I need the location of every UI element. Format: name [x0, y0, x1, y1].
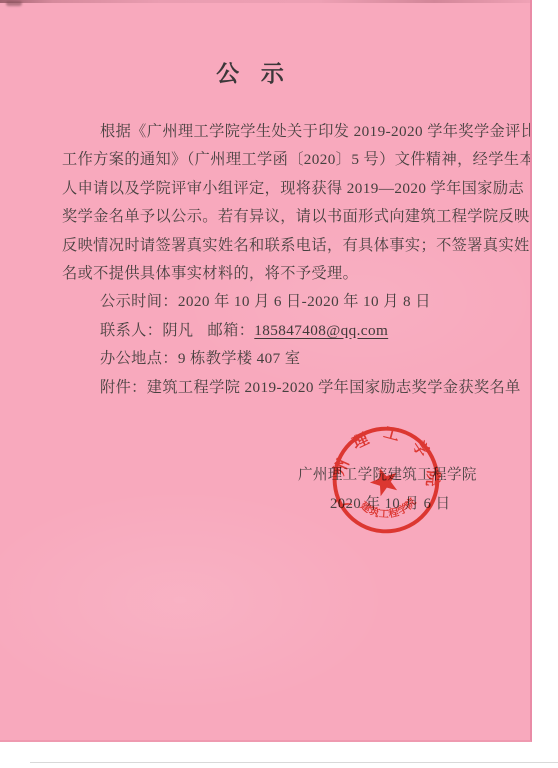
notice-body-line: 名或不提供具体事实材料的，将不予受理。: [62, 260, 502, 288]
contact-line: 联系人：阴凡邮箱：185847408@qq.com: [62, 317, 502, 345]
notice-body-line: 人申请以及学院评审小组评定，现将获得 2019—2020 学年国家励志: [62, 175, 502, 203]
svg-text:建筑工程学院: 建筑工程学院: [357, 494, 420, 523]
seal-outer-text: 广州理工学院: [325, 419, 445, 510]
contact-person-label: 联系人：阴凡: [100, 322, 194, 339]
publicity-time-line: 公示时间：2020 年 10 月 6 日-2020 年 10 月 8 日: [62, 288, 502, 316]
notice-body-line: 奖学金名单予以公示。若有异议，请以书面形式向建筑工程学院反映。: [62, 203, 502, 231]
notice-body-line: 根据《广州理工学院学生处关于印发 2019-2020 学年奖学金评比: [62, 118, 502, 146]
scan-corner-smudge: [6, 1, 22, 6]
contact-email-label: 邮箱：: [208, 322, 255, 339]
notice-body-line: 工作方案的通知》（广州理工学函〔2020〕5 号）文件精神，经学生本: [62, 146, 502, 174]
seal-inner-text: 建筑工程学院: [357, 494, 420, 523]
attachment-line: 附件：建筑工程学院 2019-2020 学年国家励志奖学金获奖名单: [62, 374, 502, 402]
contact-email-link[interactable]: 185847408@qq.com: [254, 322, 388, 339]
scanned-notice-page: 公 示 根据《广州理工学院学生处关于印发 2019-2020 学年奖学金评比 工…: [0, 0, 532, 742]
svg-text:广州理工学院: 广州理工学院: [325, 419, 445, 510]
scan-edge-shadow: [0, 0, 530, 3]
office-location-line: 办公地点：9 栋教学楼 407 室: [62, 345, 502, 373]
notice-body-line: 反映情况时请签署真实姓名和联系电话，有具体事实；不签署真实姓: [62, 232, 502, 260]
star-icon: [366, 463, 402, 498]
scanner-artifact-line: [30, 762, 558, 763]
notice-title: 公 示: [0, 55, 508, 88]
official-seal-stamp: 广州理工学院 建筑工程学院: [325, 419, 446, 540]
notice-body: 根据《广州理工学院学生处关于印发 2019-2020 学年奖学金评比 工作方案的…: [62, 118, 502, 402]
